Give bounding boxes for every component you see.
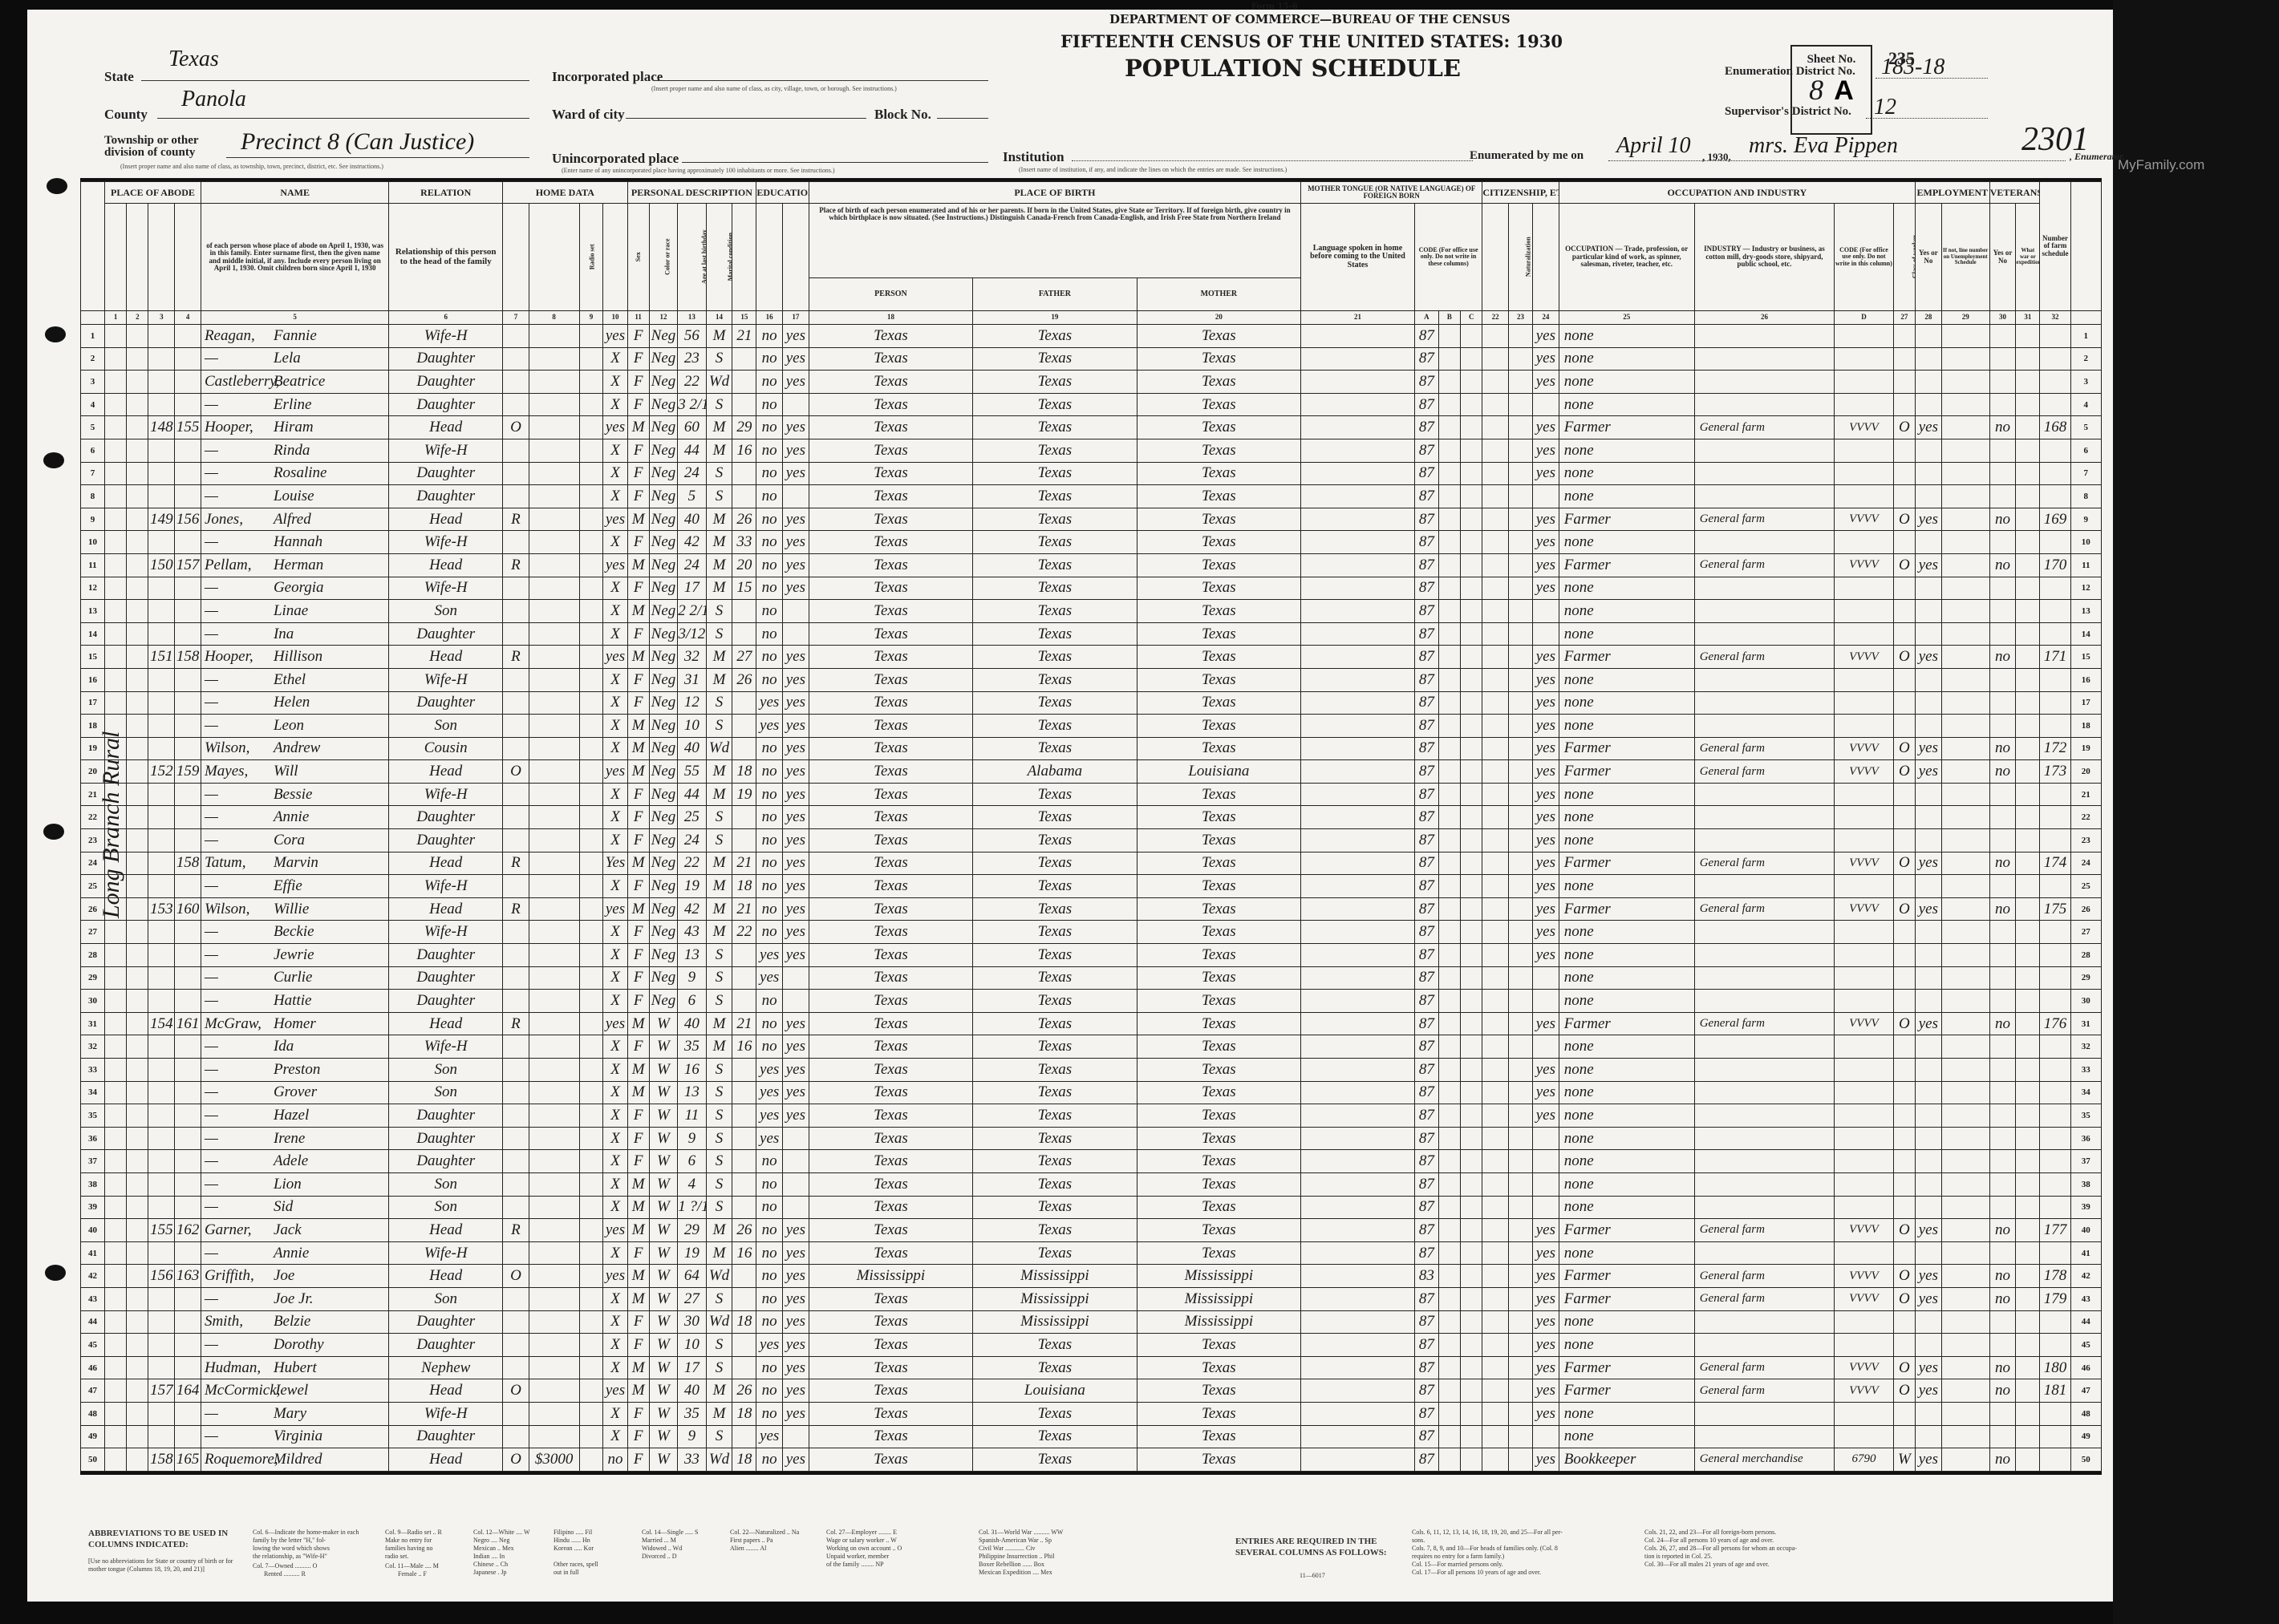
cell-val: $3000 <box>529 1448 579 1472</box>
cell-ind: General farm <box>1694 852 1834 875</box>
cell-wk <box>1916 1196 1942 1219</box>
surname: Hooper, <box>205 648 274 666</box>
cell-sch: no <box>756 1012 783 1035</box>
cell-rel: Son <box>389 1081 503 1104</box>
cell-house <box>127 715 148 738</box>
cell-val <box>529 1334 579 1357</box>
cell-race: W <box>649 1104 677 1128</box>
cell-street <box>104 829 126 852</box>
cell-occ: Farmer <box>1559 1265 1694 1288</box>
cell-sex: M <box>627 715 649 738</box>
cell-fam <box>175 715 201 738</box>
cell-occ: none <box>1559 1196 1694 1219</box>
cell-bpf: Texas <box>973 622 1137 646</box>
cell-tongue <box>1301 1379 1415 1403</box>
cell-afm: 26 <box>732 1219 756 1242</box>
cell-natz <box>1509 668 1533 691</box>
cell-mar: M <box>706 439 732 462</box>
cell-own <box>503 1310 529 1334</box>
cell-own <box>503 371 529 394</box>
cell-sc: 87 <box>1414 1334 1438 1357</box>
cell-dw: 157 <box>148 1379 175 1403</box>
cell-race: Neg <box>649 760 677 784</box>
cell-occ: Farmer <box>1559 1356 1694 1379</box>
surname: — <box>205 1290 274 1308</box>
cell-afm <box>732 715 756 738</box>
cell-imm <box>1482 737 1509 760</box>
cell-tongue <box>1301 1287 1415 1310</box>
cell-sch: yes <box>756 1425 783 1448</box>
cell-nat <box>1461 921 1482 944</box>
cell-val <box>529 1104 579 1128</box>
cell-rel: Head <box>389 760 503 784</box>
cell-sc: 87 <box>1414 1196 1438 1219</box>
cell-val <box>529 783 579 806</box>
cell-wk <box>1916 347 1942 371</box>
cell-street <box>104 1127 126 1150</box>
given-name: Mary <box>274 1405 306 1422</box>
cell-bpm: Texas <box>1137 691 1300 715</box>
cell-sc: 87 <box>1414 806 1438 829</box>
cell-occ: none <box>1559 829 1694 852</box>
cell-sc: 87 <box>1414 760 1438 784</box>
cell-fam: 161 <box>175 1012 201 1035</box>
cell-oc <box>1835 966 1894 990</box>
cell-street <box>104 646 126 669</box>
cell-imm <box>1482 1448 1509 1472</box>
cell-tongue <box>1301 875 1415 898</box>
cell-dw: 150 <box>148 553 175 577</box>
cell-sch: no <box>756 852 783 875</box>
cell-occ: Farmer <box>1559 760 1694 784</box>
table-row: 39—SidSonXMW1 ?/12SnoTexasTexasTexas87no… <box>81 1196 2102 1219</box>
cell-race: Neg <box>649 462 677 485</box>
line-number-right: 35 <box>2070 1104 2101 1128</box>
cell-sc: 87 <box>1414 347 1438 371</box>
cell-occ: none <box>1559 1310 1694 1334</box>
given-name: Lion <box>274 1176 302 1193</box>
cell-street <box>104 622 126 646</box>
cell-eng: yes <box>1533 668 1559 691</box>
cell-own: O <box>503 1265 529 1288</box>
cell-nat <box>1461 1219 1482 1242</box>
cell-rel: Wife-H <box>389 577 503 600</box>
table-row: 35—HazelDaughterXFW11SyesyesTexasTexasTe… <box>81 1104 2102 1128</box>
cell-bpf: Texas <box>973 553 1137 577</box>
cell-afm <box>732 944 756 967</box>
cell-mar: M <box>706 760 732 784</box>
cell-bp: Texas <box>809 600 972 623</box>
cell-rw <box>783 966 809 990</box>
cell-dw <box>148 668 175 691</box>
cell-bpm: Texas <box>1137 325 1300 348</box>
cell-cw <box>1893 1059 1915 1082</box>
line-number: 44 <box>81 1310 105 1334</box>
cell-dw <box>148 875 175 898</box>
cell-ind: General merchandise <box>1694 1448 1834 1472</box>
line-number-right: 1 <box>2070 325 2101 348</box>
cell-own <box>503 783 529 806</box>
given-name: Jack <box>274 1221 302 1238</box>
cell-vet <box>1989 347 2016 371</box>
cell-fs <box>2040 347 2070 371</box>
line-number: 19 <box>81 737 105 760</box>
cell-fam <box>175 1241 201 1265</box>
cell-street <box>104 1172 126 1196</box>
cell-vet <box>1989 325 2016 348</box>
cell-eng: yes <box>1533 875 1559 898</box>
cell-radio <box>579 1402 603 1425</box>
cell-fs <box>2040 1448 2070 1472</box>
cell-eng <box>1533 622 1559 646</box>
cell-bpm: Texas <box>1137 1219 1300 1242</box>
cell-val <box>529 371 579 394</box>
cell-own <box>503 347 529 371</box>
cell-rel: Head <box>389 508 503 531</box>
cell-wk: yes <box>1916 1265 1942 1288</box>
cell-bpm: Texas <box>1137 875 1300 898</box>
cell-fs: 168 <box>2040 416 2070 439</box>
surname: Wilson, <box>205 901 274 918</box>
cell-afm <box>732 829 756 852</box>
cell-rel: Head <box>389 1219 503 1242</box>
cell-sc: 87 <box>1414 1127 1438 1150</box>
cell-radio <box>579 393 603 416</box>
cell-unemp <box>1941 531 1989 554</box>
cell-cw: O <box>1893 852 1915 875</box>
table-row: 11150157Pellam,HermanHeadRyesMNeg24M20no… <box>81 553 2102 577</box>
cell-sc: 87 <box>1414 691 1438 715</box>
cell-natz <box>1509 416 1533 439</box>
cell-age: 10 <box>678 1334 706 1357</box>
cell-dw <box>148 485 175 508</box>
cell-war <box>2016 897 2040 921</box>
cell-street <box>104 553 126 577</box>
cell-imm <box>1482 990 1509 1013</box>
cell-farm: X <box>603 944 627 967</box>
cell-nat <box>1461 806 1482 829</box>
cell-bpf: Texas <box>973 1150 1137 1173</box>
cell-occ: Farmer <box>1559 646 1694 669</box>
cell-afm: 27 <box>732 646 756 669</box>
cell-eng: yes <box>1533 806 1559 829</box>
cell-occ: none <box>1559 875 1694 898</box>
cell-eng: yes <box>1533 1379 1559 1403</box>
incorporated-label: Incorporated place <box>552 69 663 85</box>
cell-afm <box>732 1081 756 1104</box>
cell-war <box>2016 485 2040 508</box>
cell-eng: yes <box>1533 760 1559 784</box>
cell-afm: 18 <box>732 760 756 784</box>
cell-street <box>104 944 126 967</box>
cell-cc <box>1438 1334 1460 1357</box>
cell-sex: F <box>627 806 649 829</box>
cell-vet <box>1989 944 2016 967</box>
given-name: Virginia <box>274 1428 322 1444</box>
table-row: 14—InaDaughterXFNeg3/12SnoTexasTexasTexa… <box>81 622 2102 646</box>
cell-tongue <box>1301 600 1415 623</box>
cell-occ: none <box>1559 462 1694 485</box>
cell-cc <box>1438 646 1460 669</box>
surname: — <box>205 1107 274 1124</box>
cell-rw: yes <box>783 577 809 600</box>
line-number: 9 <box>81 508 105 531</box>
cell-radio <box>579 1196 603 1219</box>
cell-vet <box>1989 1059 2016 1082</box>
cell-street <box>104 1334 126 1357</box>
cell-radio <box>579 508 603 531</box>
cell-val <box>529 347 579 371</box>
cell-bp: Texas <box>809 462 972 485</box>
surname: — <box>205 350 274 367</box>
cell-house <box>127 1081 148 1104</box>
cell-cc <box>1438 1059 1460 1082</box>
cell-cw <box>1893 990 1915 1013</box>
cell-sex: F <box>627 1402 649 1425</box>
cell-mar: S <box>706 393 732 416</box>
cell-bpm: Texas <box>1137 1035 1300 1059</box>
given-name: Mildred <box>274 1451 322 1468</box>
cell-oc <box>1835 371 1894 394</box>
cell-rw: yes <box>783 944 809 967</box>
cell-imm <box>1482 347 1509 371</box>
cell-afm: 26 <box>732 668 756 691</box>
cell-rel: Daughter <box>389 622 503 646</box>
cell-radio <box>579 1150 603 1173</box>
cell-street <box>104 1425 126 1448</box>
table-row: 22—AnnieDaughterXFNeg25SnoyesTexasTexasT… <box>81 806 2102 829</box>
column-number: 24 <box>1533 311 1559 325</box>
cell-cc <box>1438 852 1460 875</box>
cell-fam <box>175 1334 201 1357</box>
cell-unemp <box>1941 1425 1989 1448</box>
cell-occ: Farmer <box>1559 852 1694 875</box>
cell-mar: S <box>706 1150 732 1173</box>
cell-vet <box>1989 1035 2016 1059</box>
cell-farm: X <box>603 600 627 623</box>
cell-ind <box>1694 325 1834 348</box>
cell-fs <box>2040 944 2070 967</box>
cell-rw: yes <box>783 1241 809 1265</box>
cell-sex: M <box>627 1287 649 1310</box>
cell-sc: 87 <box>1414 1356 1438 1379</box>
cell-eng: yes <box>1533 347 1559 371</box>
cell-farm: X <box>603 691 627 715</box>
cell-own: R <box>503 508 529 531</box>
cell-fs <box>2040 875 2070 898</box>
surname: — <box>205 969 274 986</box>
cell-sc: 87 <box>1414 577 1438 600</box>
line-number-right: 10 <box>2070 531 2101 554</box>
cell-mar: S <box>706 966 732 990</box>
cell-afm: 16 <box>732 1241 756 1265</box>
cell-bpm: Texas <box>1137 462 1300 485</box>
cell-afm: 21 <box>732 852 756 875</box>
cell-imm <box>1482 668 1509 691</box>
cell-wk <box>1916 531 1942 554</box>
cell-bp: Texas <box>809 783 972 806</box>
surname: — <box>205 923 274 941</box>
cell-sch: no <box>756 806 783 829</box>
cell-cw: O <box>1893 1379 1915 1403</box>
cell-bpf: Texas <box>973 715 1137 738</box>
cell-radio <box>579 1104 603 1128</box>
cell-age: 22 <box>678 371 706 394</box>
cell-natz <box>1509 1402 1533 1425</box>
line-number: 45 <box>81 1334 105 1357</box>
cell-war <box>2016 852 2040 875</box>
cell-age: 22 <box>678 852 706 875</box>
cell-fam <box>175 1104 201 1128</box>
cell-oc <box>1835 325 1894 348</box>
cell-farm: X <box>603 1310 627 1334</box>
cell-afm: 18 <box>732 1310 756 1334</box>
table-row: 19Wilson,AndrewCousinXMNeg40WdnoyesTexas… <box>81 737 2102 760</box>
cell-imm <box>1482 806 1509 829</box>
cell-radio <box>579 1172 603 1196</box>
cell-farm: yes <box>603 897 627 921</box>
cell-sex: M <box>627 1081 649 1104</box>
line-number-right: 8 <box>2070 485 2101 508</box>
cell-mar: Wd <box>706 1310 732 1334</box>
line-number-right: 17 <box>2070 691 2101 715</box>
cell-sex: F <box>627 1150 649 1173</box>
cell-street <box>104 1356 126 1379</box>
cell-bpm: Texas <box>1137 508 1300 531</box>
cell-eng: yes <box>1533 1402 1559 1425</box>
cell-war <box>2016 921 2040 944</box>
cell-cw <box>1893 577 1915 600</box>
table-row: 17—HelenDaughterXFNeg12SyesyesTexasTexas… <box>81 691 2102 715</box>
line-number-right: 27 <box>2070 921 2101 944</box>
sd-value: 12 <box>1874 95 1896 120</box>
cell-sch: no <box>756 760 783 784</box>
cell-war <box>2016 531 2040 554</box>
cell-imm <box>1482 577 1509 600</box>
cell-war <box>2016 1379 2040 1403</box>
column-number: 30 <box>1989 311 2016 325</box>
cell-occ: none <box>1559 783 1694 806</box>
cell-radio <box>579 944 603 967</box>
cell-own: R <box>503 553 529 577</box>
cell-ind <box>1694 1127 1834 1150</box>
cell-occ: none <box>1559 371 1694 394</box>
cell-afm: 26 <box>732 1379 756 1403</box>
cell-tongue <box>1301 553 1415 577</box>
cell-rel: Wife-H <box>389 531 503 554</box>
cell-occ: none <box>1559 1334 1694 1357</box>
cell-war <box>2016 577 2040 600</box>
cell-age: 32 <box>678 646 706 669</box>
cell-oc: VVVV <box>1835 508 1894 531</box>
surname: — <box>205 442 274 460</box>
cell-sch: no <box>756 600 783 623</box>
cell-dw <box>148 347 175 371</box>
cell-unemp <box>1941 1448 1989 1472</box>
cell-fam <box>175 1127 201 1150</box>
cell-war <box>2016 1265 2040 1288</box>
surname: — <box>205 464 274 482</box>
cell-sex: F <box>627 1310 649 1334</box>
cell-race: Neg <box>649 508 677 531</box>
line-number: 2 <box>81 347 105 371</box>
line-number: 47 <box>81 1379 105 1403</box>
cell-bpf: Texas <box>973 577 1137 600</box>
cell-oc <box>1835 1334 1894 1357</box>
cell-ind <box>1694 371 1834 394</box>
cell-fam <box>175 371 201 394</box>
cell-bpm: Texas <box>1137 852 1300 875</box>
cell-nat <box>1461 1035 1482 1059</box>
surname: — <box>205 1245 274 1262</box>
cell-rel: Head <box>389 1265 503 1288</box>
cell-bpm: Texas <box>1137 783 1300 806</box>
cell-sc: 87 <box>1414 371 1438 394</box>
state-value: Texas <box>168 47 219 72</box>
cell-mar: S <box>706 1425 732 1448</box>
given-name: Beckie <box>274 923 314 940</box>
cell-war <box>2016 1310 2040 1334</box>
given-name: Helen <box>274 694 310 711</box>
cell-oc: VVVV <box>1835 1219 1894 1242</box>
footer-instructions: ABBREVIATIONS TO BE USED IN COLUMNS INDI… <box>80 1525 2102 1581</box>
cell-cc <box>1438 1265 1460 1288</box>
cell-bp: Texas <box>809 553 972 577</box>
cell-house <box>127 1425 148 1448</box>
cell-name: —Lela <box>201 347 388 371</box>
cell-fam <box>175 462 201 485</box>
line-number: 41 <box>81 1241 105 1265</box>
line-number-right: 28 <box>2070 944 2101 967</box>
cell-wk <box>1916 622 1942 646</box>
cell-age: 4 <box>678 1172 706 1196</box>
cell-cc <box>1438 875 1460 898</box>
cell-fam: 155 <box>175 416 201 439</box>
cell-cc <box>1438 553 1460 577</box>
cell-farm: yes <box>603 1265 627 1288</box>
cell-sch: no <box>756 1310 783 1334</box>
cell-natz <box>1509 1334 1533 1357</box>
cell-bpm: Texas <box>1137 531 1300 554</box>
surname: Roquemore, <box>205 1451 274 1468</box>
cell-fam <box>175 531 201 554</box>
cell-war <box>2016 325 2040 348</box>
enumerated-date: April 10 <box>1616 133 1691 159</box>
cell-war <box>2016 691 2040 715</box>
cell-bp: Texas <box>809 897 972 921</box>
cell-eng <box>1533 1035 1559 1059</box>
cell-fam <box>175 990 201 1013</box>
surname: Pellam, <box>205 557 274 574</box>
cell-nat <box>1461 783 1482 806</box>
cell-house <box>127 600 148 623</box>
cell-rel: Son <box>389 1287 503 1310</box>
cell-ind: General farm <box>1694 1265 1834 1288</box>
cell-sc: 83 <box>1414 1265 1438 1288</box>
cell-rel: Daughter <box>389 462 503 485</box>
cell-bpf: Texas <box>973 944 1137 967</box>
cell-cc <box>1438 783 1460 806</box>
cell-nat <box>1461 897 1482 921</box>
cell-rel: Cousin <box>389 737 503 760</box>
cell-fs <box>2040 1196 2070 1219</box>
cell-cw: O <box>1893 1012 1915 1035</box>
cell-afm <box>732 1150 756 1173</box>
cell-nat <box>1461 852 1482 875</box>
surname: — <box>205 832 274 849</box>
column-number: 6 <box>389 311 503 325</box>
cell-nat <box>1461 1356 1482 1379</box>
